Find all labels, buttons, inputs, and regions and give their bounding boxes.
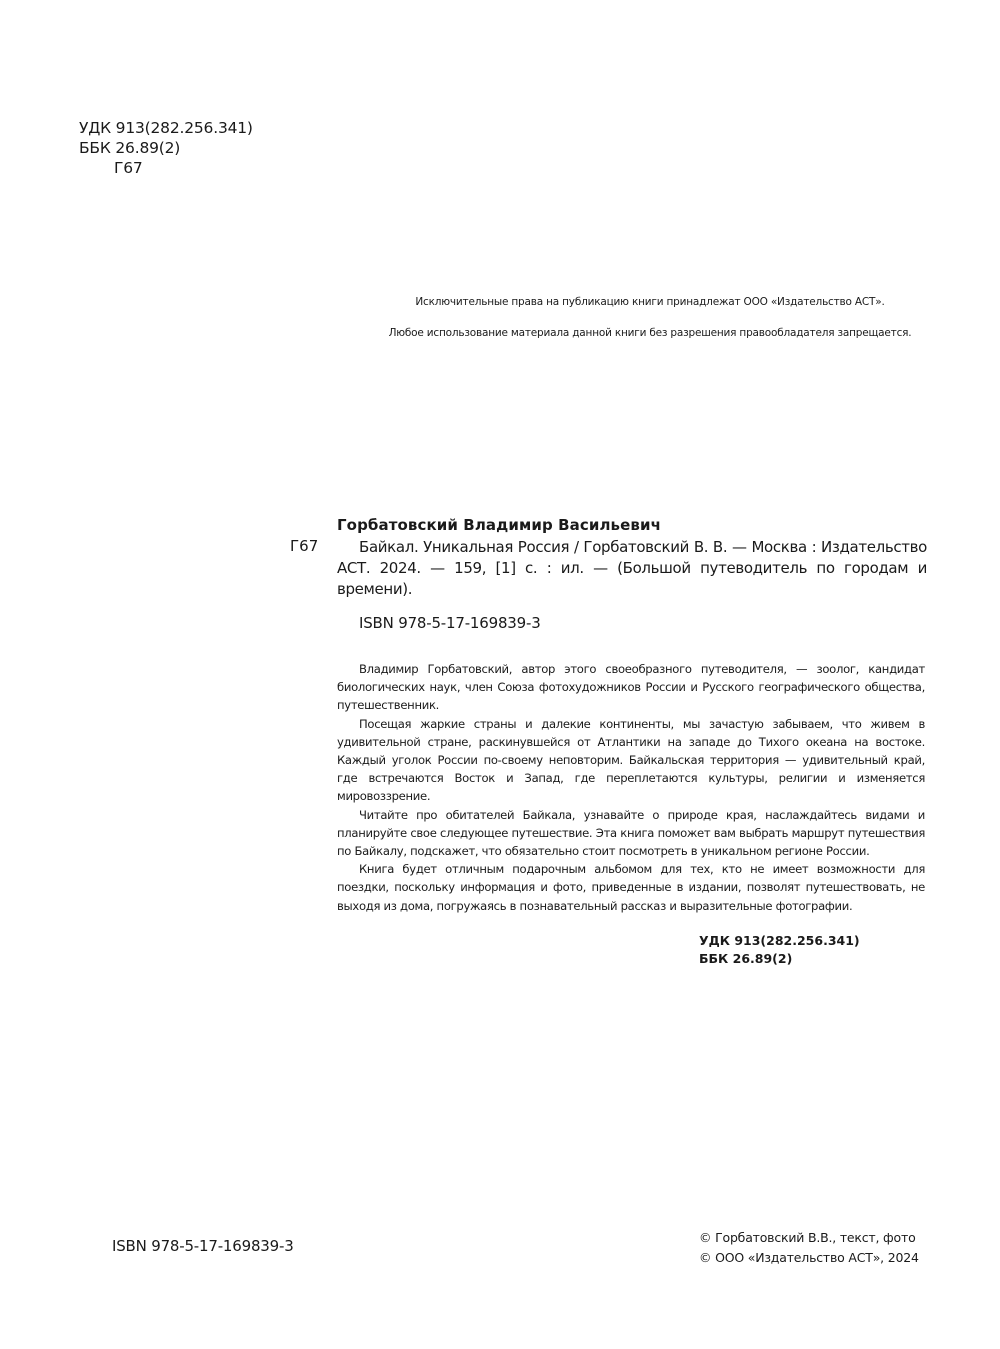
annotation: Владимир Горбатовский, автор этого своео…: [337, 660, 925, 915]
author-heading: Горбатовский Владимир Васильевич: [337, 516, 661, 534]
bibliographic-description: Байкал. Уникальная Россия / Горбатовский…: [337, 537, 927, 600]
footer-isbn: ISBN 978-5-17-169839-3: [112, 1237, 294, 1255]
copyright-block: © Горбатовский В.В., текст, фото © ООО «…: [699, 1228, 919, 1268]
rights-notice-line: Любое использование материала данной кни…: [360, 326, 940, 340]
udk-code: УДК 913(282.256.341): [79, 118, 253, 138]
copyright-publisher: © ООО «Издательство АСТ», 2024: [699, 1248, 919, 1268]
annotation-paragraph: Читайте про обитателей Байкала, узнавайт…: [337, 806, 925, 861]
record-isbn: ISBN 978-5-17-169839-3: [359, 614, 541, 632]
cutter-code: Г67: [79, 158, 253, 178]
udk-code: УДК 913(282.256.341): [699, 932, 860, 950]
bbk-code: ББК 26.89(2): [699, 950, 860, 968]
annotation-paragraph: Книга будет отличным подарочным альбомом…: [337, 860, 925, 915]
bbk-code: ББК 26.89(2): [79, 138, 253, 158]
annotation-paragraph: Посещая жаркие страны и далекие континен…: [337, 715, 925, 806]
classification-block-top: УДК 913(282.256.341) ББК 26.89(2) Г67: [79, 118, 253, 178]
annotation-paragraph: Владимир Горбатовский, автор этого своео…: [337, 660, 925, 715]
copyright-author: © Горбатовский В.В., текст, фото: [699, 1228, 919, 1248]
rights-notice: Исключительные права на публикацию книги…: [360, 295, 940, 340]
classification-block-bottom: УДК 913(282.256.341) ББК 26.89(2): [699, 932, 860, 968]
rights-notice-line: Исключительные права на публикацию книги…: [360, 295, 940, 309]
record-cutter-code: Г67: [290, 537, 318, 555]
